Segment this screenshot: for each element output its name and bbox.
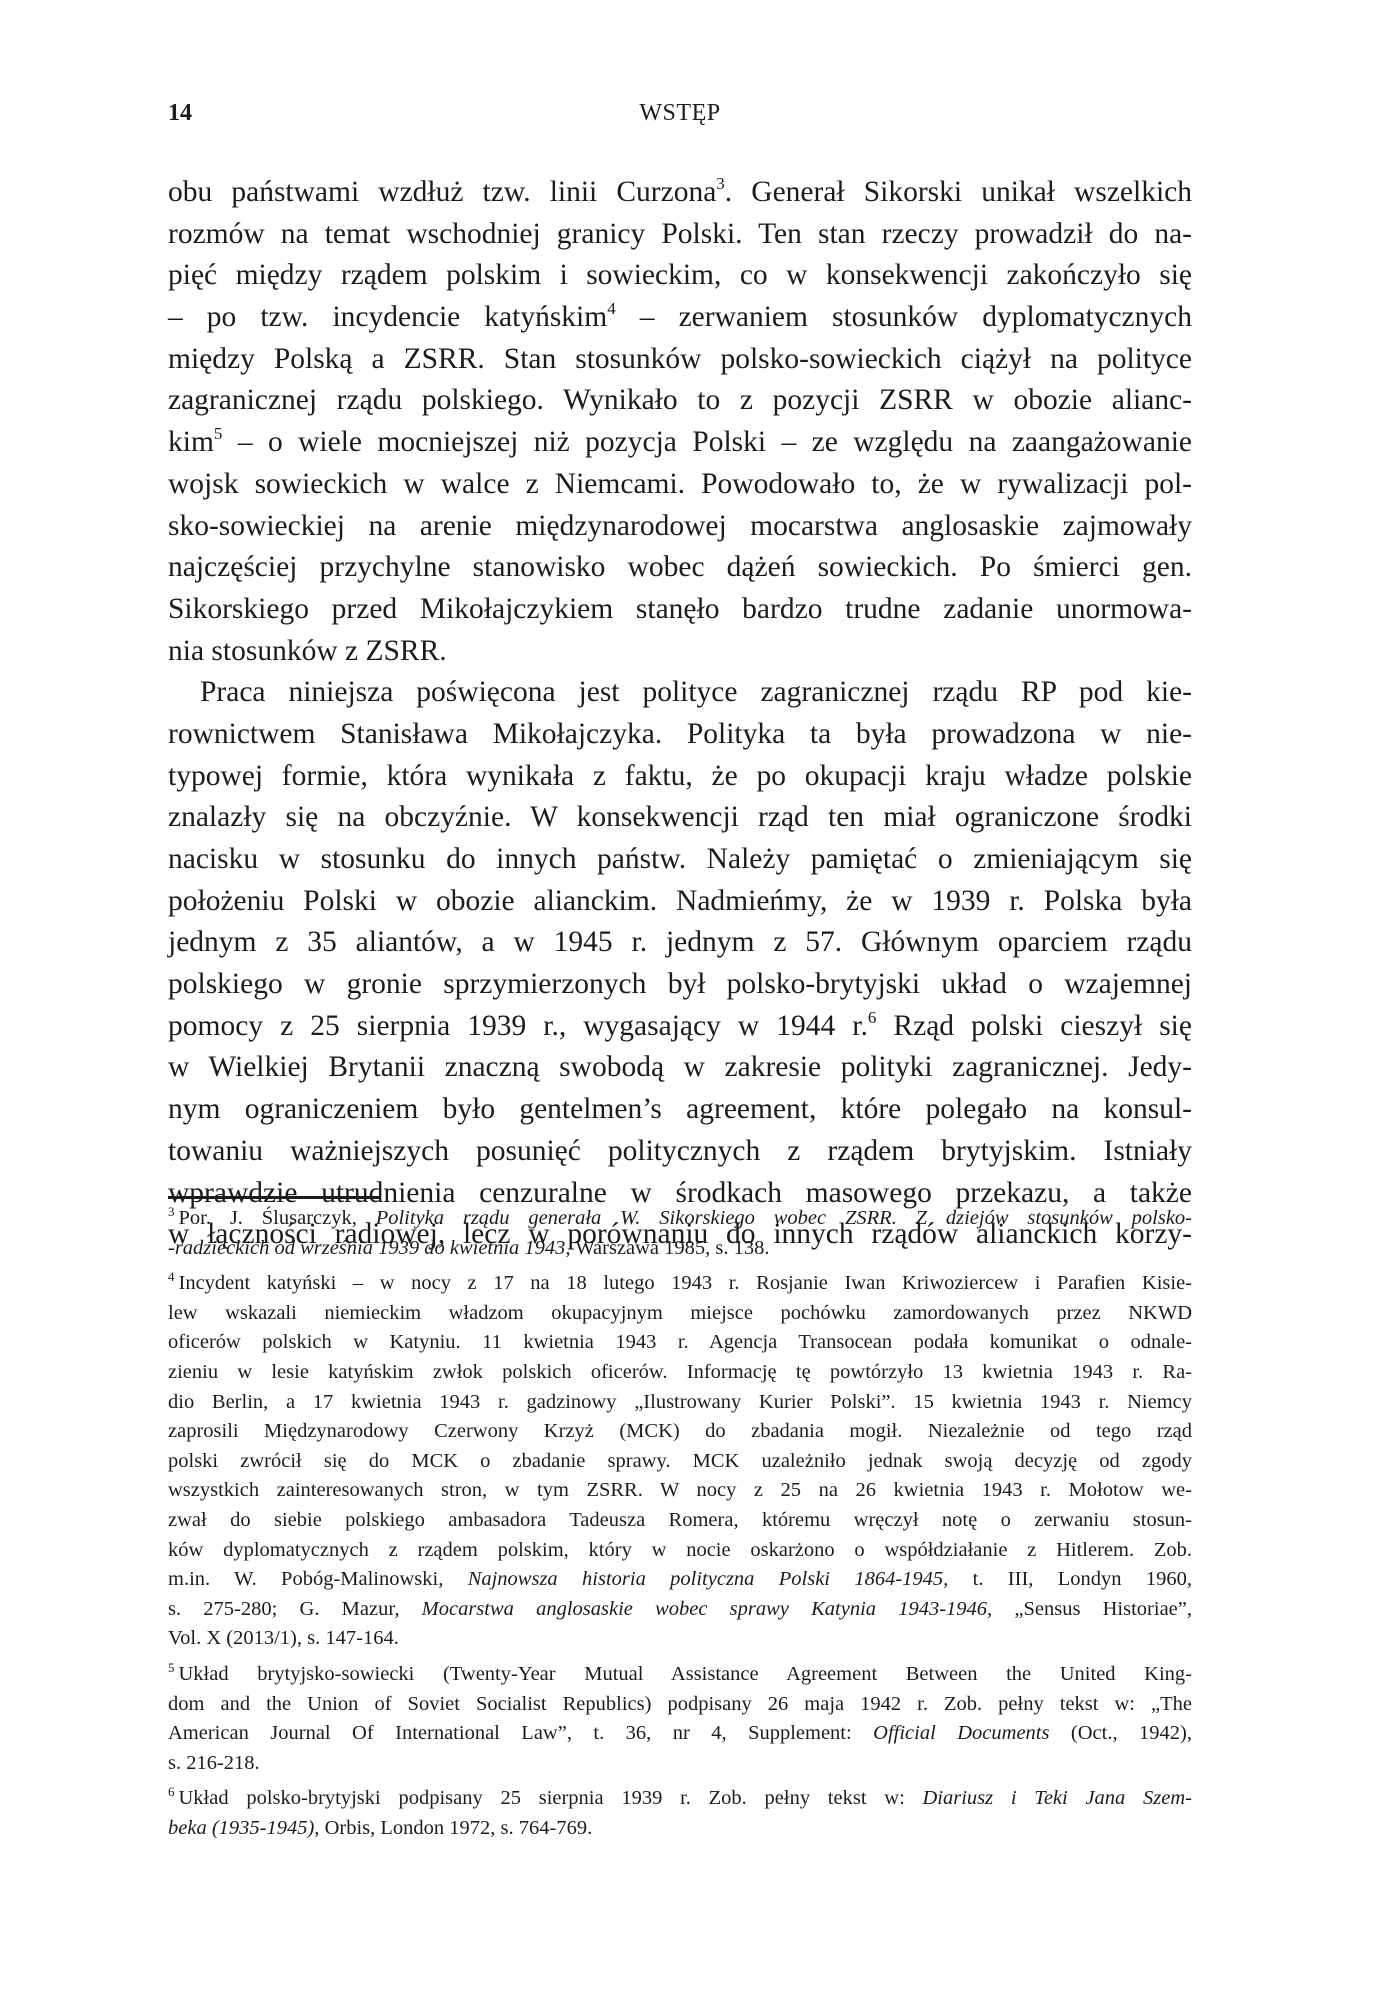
footnote-line: oficerów polskich w Katyniu. 11 kwietnia…: [168, 1328, 1192, 1358]
text-line: nia stosunków z ZSRR.: [168, 631, 1192, 673]
footnote-line: American Journal Of International Law”, …: [168, 1719, 1192, 1749]
body-text: obu państwami wzdłuż tzw. linii Curzona3…: [168, 172, 1192, 1256]
footnote-reference[interactable]: 3: [716, 174, 725, 193]
footnote-reference[interactable]: 5: [214, 424, 223, 443]
text-line: pomocy z 25 sierpnia 1939 r., wygasający…: [168, 1006, 1192, 1048]
text-line: w Wielkiej Brytanii znaczną swobodą w za…: [168, 1047, 1192, 1089]
text-line: znalazły się na obczyźnie. W konsekwencj…: [168, 797, 1192, 839]
footnote-line: 4Incydent katyński – w nocy z 17 na 18 l…: [168, 1269, 1192, 1299]
text-line: między Polską a ZSRR. Stan stosunków pol…: [168, 339, 1192, 381]
footnote-line: lew wskazali niemieckim władzom okupacyj…: [168, 1299, 1192, 1329]
footnote-3: 3Por. J. Ślusarczyk, Polityka rządu gene…: [168, 1204, 1192, 1263]
text-line: zagranicznej rządu polskiego. Wynikało t…: [168, 380, 1192, 422]
footnote-number: 6: [168, 1784, 175, 1799]
text-line: nacisku w stosunku do innych państw. Nal…: [168, 839, 1192, 881]
footnote-line: dio Berlin, a 17 kwietnia 1943 r. gadzin…: [168, 1388, 1192, 1418]
text-line: sko-sowieckiej na arenie międzynarodowej…: [168, 506, 1192, 548]
footnote-number: 5: [168, 1660, 175, 1675]
footnote-5: 5Układ brytyjsko-sowiecki (Twenty-Year M…: [168, 1660, 1192, 1778]
text-line: Praca niniejsza poświęcona jest polityce…: [168, 672, 1192, 714]
text-line: towaniu ważniejszych posunięć polityczny…: [168, 1131, 1192, 1173]
footnote-line: 3Por. J. Ślusarczyk, Polityka rządu gene…: [168, 1204, 1192, 1234]
footnote-line: 5Układ brytyjsko-sowiecki (Twenty-Year M…: [168, 1660, 1192, 1690]
footnote-line: 6Układ polsko-brytyjski podpisany 25 sie…: [168, 1784, 1192, 1814]
footnote-line: zwał do siebie polskiego ambasadora Tade…: [168, 1506, 1192, 1536]
footnote-reference[interactable]: 6: [868, 1008, 877, 1027]
footnote-line: dom and the Union of Soviet Socialist Re…: [168, 1690, 1192, 1720]
footnote-line: beka (1935-1945), Orbis, London 1972, s.…: [168, 1814, 1192, 1844]
running-head: 14 WSTĘP: [168, 100, 1192, 134]
text-line: nym ograniczeniem było gentelmen’s agree…: [168, 1089, 1192, 1131]
text-line: kim5 – o wiele mocniejszej niż pozycja P…: [168, 422, 1192, 464]
text-line: – po tzw. incydencie katyńskim4 – zerwan…: [168, 297, 1192, 339]
footnote-number: 3: [168, 1204, 175, 1219]
footnote-4: 4Incydent katyński – w nocy z 17 na 18 l…: [168, 1269, 1192, 1654]
paragraph: obu państwami wzdłuż tzw. linii Curzona3…: [168, 172, 1192, 672]
footnote-line: ków dyplomatycznych z rządem polskim, kt…: [168, 1536, 1192, 1566]
footnote-number: 4: [168, 1269, 175, 1284]
footnote-line: zieniu w lesie katyńskim zwłok polskich …: [168, 1358, 1192, 1388]
text-line: polskiego w gronie sprzymierzonych był p…: [168, 964, 1192, 1006]
running-title: WSTĘP: [168, 100, 1192, 127]
footnote-line: m.in. W. Pobóg-Malinowski, Najnowsza his…: [168, 1565, 1192, 1595]
text-line: rozmów na temat wschodniej granicy Polsk…: [168, 214, 1192, 256]
footnote-line: polski zwrócił się do MCK o zbadanie spr…: [168, 1447, 1192, 1477]
footnote-rule: [168, 1196, 381, 1199]
text-line: rownictwem Stanisława Mikołajczyka. Poli…: [168, 714, 1192, 756]
text-line: położeniu Polski w obozie alianckim. Nad…: [168, 881, 1192, 923]
footnote-line: wszystkich zainteresowanych stron, w tym…: [168, 1476, 1192, 1506]
footnote-line: -radzieckich od września 1939 do kwietni…: [168, 1234, 1192, 1264]
text-line: wojsk sowieckich w walce z Niemcami. Pow…: [168, 464, 1192, 506]
footnote-line: s. 275-280; G. Mazur, Mocarstwa anglosas…: [168, 1595, 1192, 1625]
footnotes: 3Por. J. Ślusarczyk, Polityka rządu gene…: [168, 1204, 1192, 1849]
text-line: pięć między rządem polskim i sowieckim, …: [168, 255, 1192, 297]
footnote-line: Vol. X (2013/1), s. 147-164.: [168, 1624, 1192, 1654]
paragraph: Praca niniejsza poświęcona jest polityce…: [168, 672, 1192, 1256]
text-line: Sikorskiego przed Mikołajczykiem stanęło…: [168, 589, 1192, 631]
text-line: typowej formie, która wynikała z faktu, …: [168, 756, 1192, 798]
text-line: obu państwami wzdłuż tzw. linii Curzona3…: [168, 172, 1192, 214]
text-line: jednym z 35 aliantów, a w 1945 r. jednym…: [168, 922, 1192, 964]
footnote-reference[interactable]: 4: [607, 299, 616, 318]
footnote-line: s. 216-218.: [168, 1749, 1192, 1779]
text-line: najczęściej przychylne stanowisko wobec …: [168, 547, 1192, 589]
footnote-6: 6Układ polsko-brytyjski podpisany 25 sie…: [168, 1784, 1192, 1843]
footnote-line: zaprosili Międzynarodowy Czerwony Krzyż …: [168, 1417, 1192, 1447]
